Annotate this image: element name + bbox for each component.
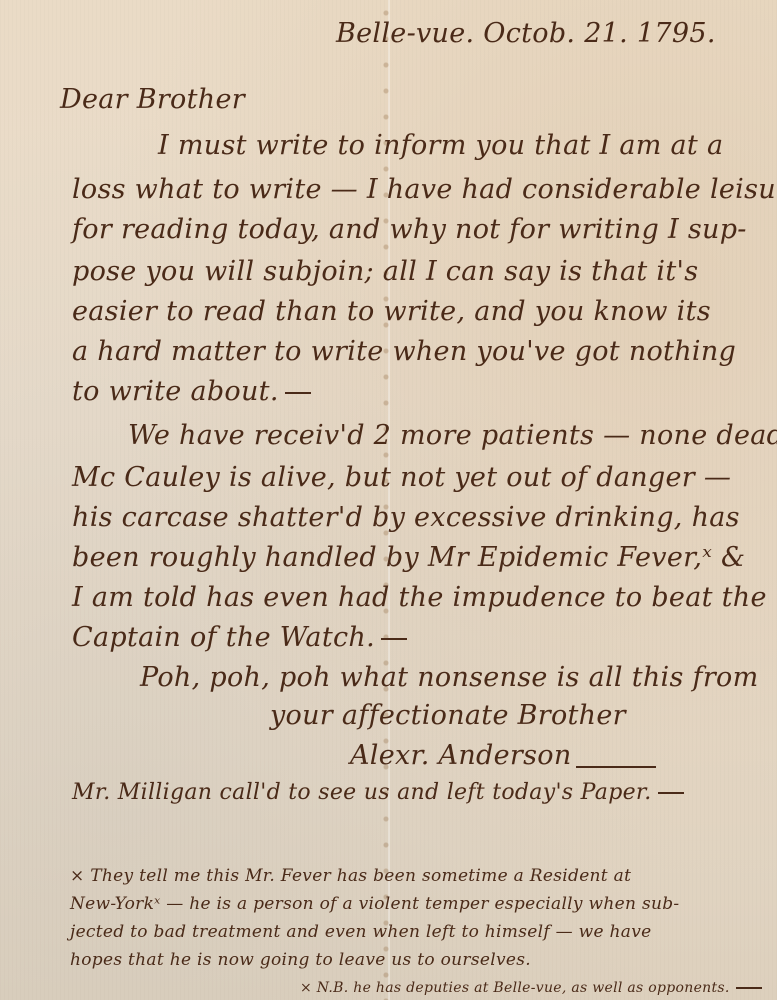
body2-line: I am told has even had the impudence to … <box>72 582 767 613</box>
dateline: Belle-vue. Octob. 21. 1795. <box>336 18 716 49</box>
footnote-line: hopes that he is now going to leave us t… <box>70 950 531 970</box>
footnote-line: New-Yorkˣ — he is a person of a violent … <box>70 894 679 914</box>
body2-line: Mc Cauley is alive, but not yet out of d… <box>72 462 731 493</box>
body2-line: Captain of the Watch. <box>72 622 407 653</box>
footnote-line: × They tell me this Mr. Fever has been s… <box>70 866 631 886</box>
salutation: Dear Brother <box>60 84 245 115</box>
body-line: for reading today, and why not for writi… <box>72 214 747 245</box>
signature-name: Alexr. Anderson <box>350 740 572 771</box>
closing-line: Poh, poh, poh what nonsense is all this … <box>140 662 759 693</box>
body2-line: his carcase shatter'd by excessive drink… <box>72 502 740 533</box>
body2-line: We have receiv'd 2 more patients — none … <box>128 420 777 451</box>
signature: Alexr. Anderson <box>350 740 656 771</box>
postscript: Mr. Milligan call'd to see us and left t… <box>72 780 684 805</box>
body-line: I must write to inform you that I am at … <box>158 130 723 161</box>
body-line: a hard matter to write when you've got n… <box>72 336 736 367</box>
body-line: loss what to write — I have had consider… <box>72 174 777 205</box>
footnote-line: jected to bad treatment and even when le… <box>70 922 652 942</box>
body2-line: been roughly handled by Mr Epidemic Feve… <box>72 542 745 573</box>
body-line: pose you will subjoin; all I can say is … <box>72 256 698 287</box>
body-line: to write about. <box>72 376 311 407</box>
nota-bene: × N.B. he has deputies at Belle-vue, as … <box>300 980 762 996</box>
signature-flourish <box>576 766 656 768</box>
closing-line: your affectionate Brother <box>270 700 626 731</box>
body-line: easier to read than to write, and you kn… <box>72 296 711 327</box>
